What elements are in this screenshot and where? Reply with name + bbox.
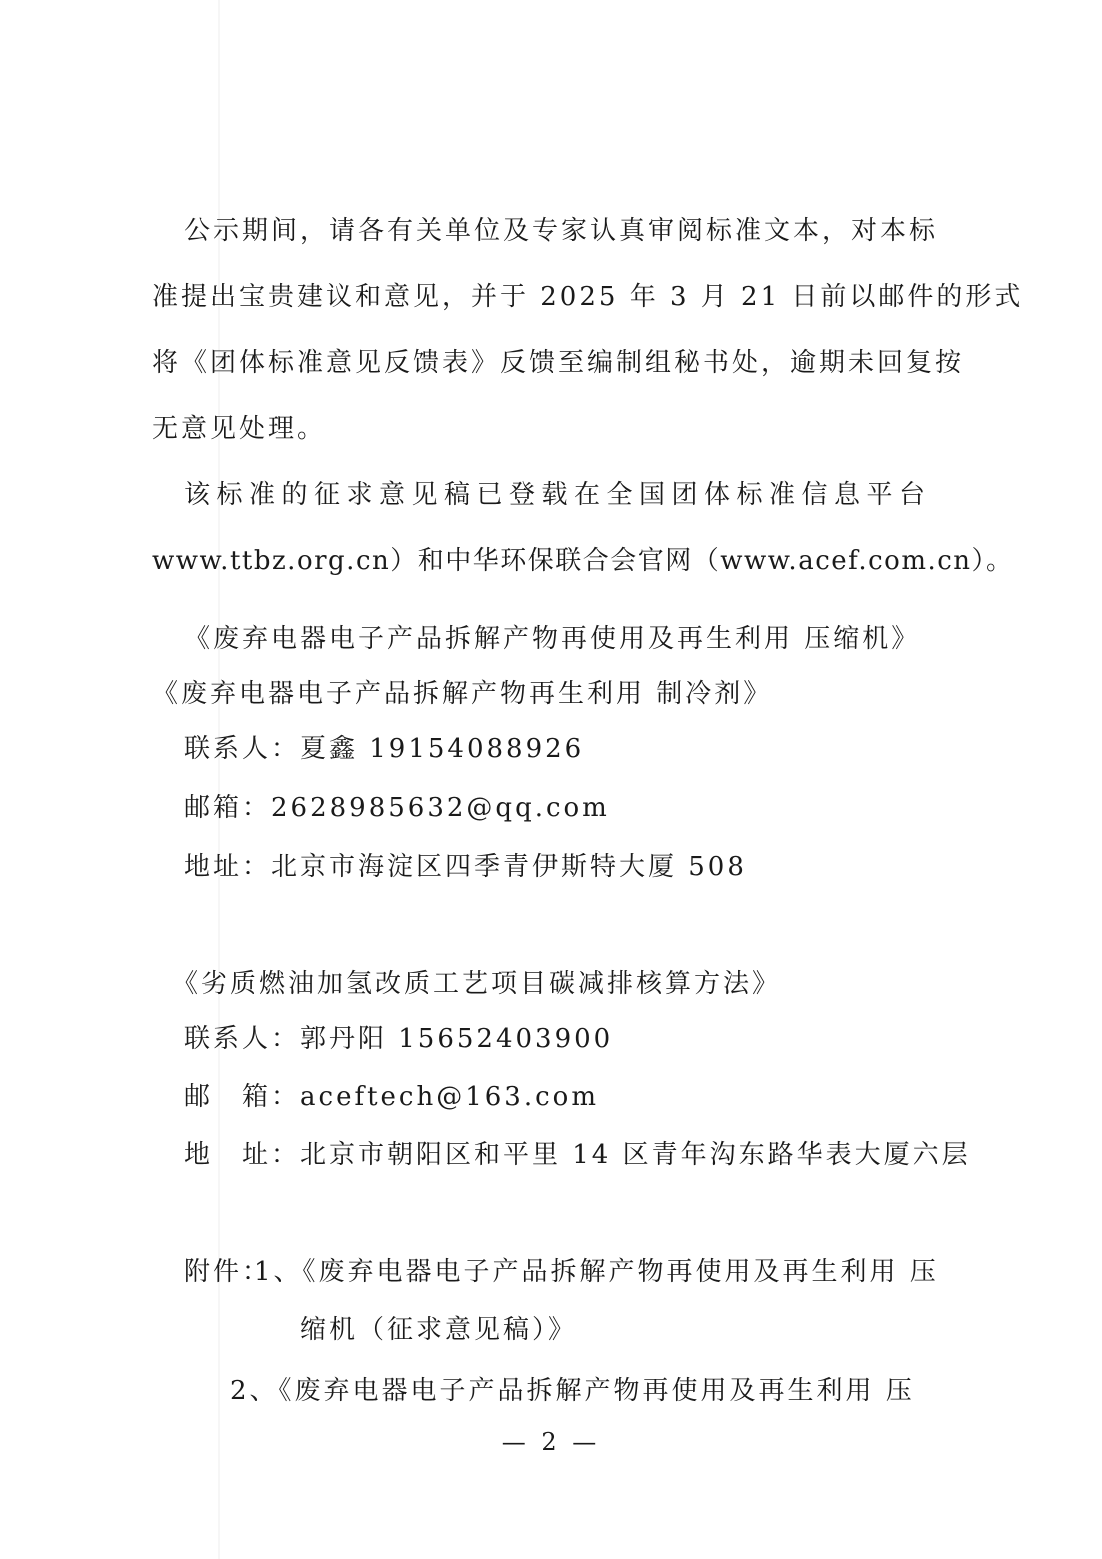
paragraph-line: 准提出宝贵建议和意见，并于 2025 年 3 月 21 日前以邮件的形式 [152, 280, 1023, 314]
contact-email: 邮 箱：aceftech@163.com [184, 1080, 599, 1114]
standard-title: 《劣质燃油加氢改质工艺项目碳减排核算方法》 [172, 967, 781, 1001]
contact-address: 地址：北京市海淀区四季青伊斯特大厦 508 [184, 850, 747, 884]
attachment-item-2: 2、《废弃电器电子产品拆解产物再使用及再生利用 压 [230, 1374, 915, 1408]
attachment-item-1-cont: 缩机（征求意见稿）》 [300, 1313, 577, 1347]
paragraph-line: 该标准的征求意见稿已登载在全国团体标准信息平台 [184, 478, 932, 512]
paragraph-line: 无意见处理。 [152, 412, 326, 446]
contact-person: 联系人：夏鑫 19154088926 [184, 732, 584, 766]
paragraph-line: 公示期间，请各有关单位及专家认真审阅标准文本，对本标 [184, 214, 938, 248]
page-number: — 2 — [0, 1428, 1102, 1456]
paragraph-line: 将《团体标准意见反馈表》反馈至编制组秘书处，逾期未回复按 [152, 346, 964, 380]
paragraph-line: www.ttbz.org.cn）和中华环保联合会官网（www.acef.com.… [152, 544, 1014, 578]
attachment-item-1: 1、《废弃电器电子产品拆解产物再使用及再生利用 压 [254, 1255, 939, 1289]
standard-title: 《废弃电器电子产品拆解产物再生利用 制冷剂》 [152, 677, 772, 711]
contact-person: 联系人：郭丹阳 15652403900 [184, 1022, 613, 1056]
standard-title: 《废弃电器电子产品拆解产物再使用及再生利用 压缩机》 [184, 622, 920, 656]
contact-email: 邮箱：2628985632@qq.com [184, 791, 610, 825]
contact-address: 地 址：北京市朝阳区和平里 14 区青年沟东路华表大厦六层 [184, 1138, 971, 1172]
